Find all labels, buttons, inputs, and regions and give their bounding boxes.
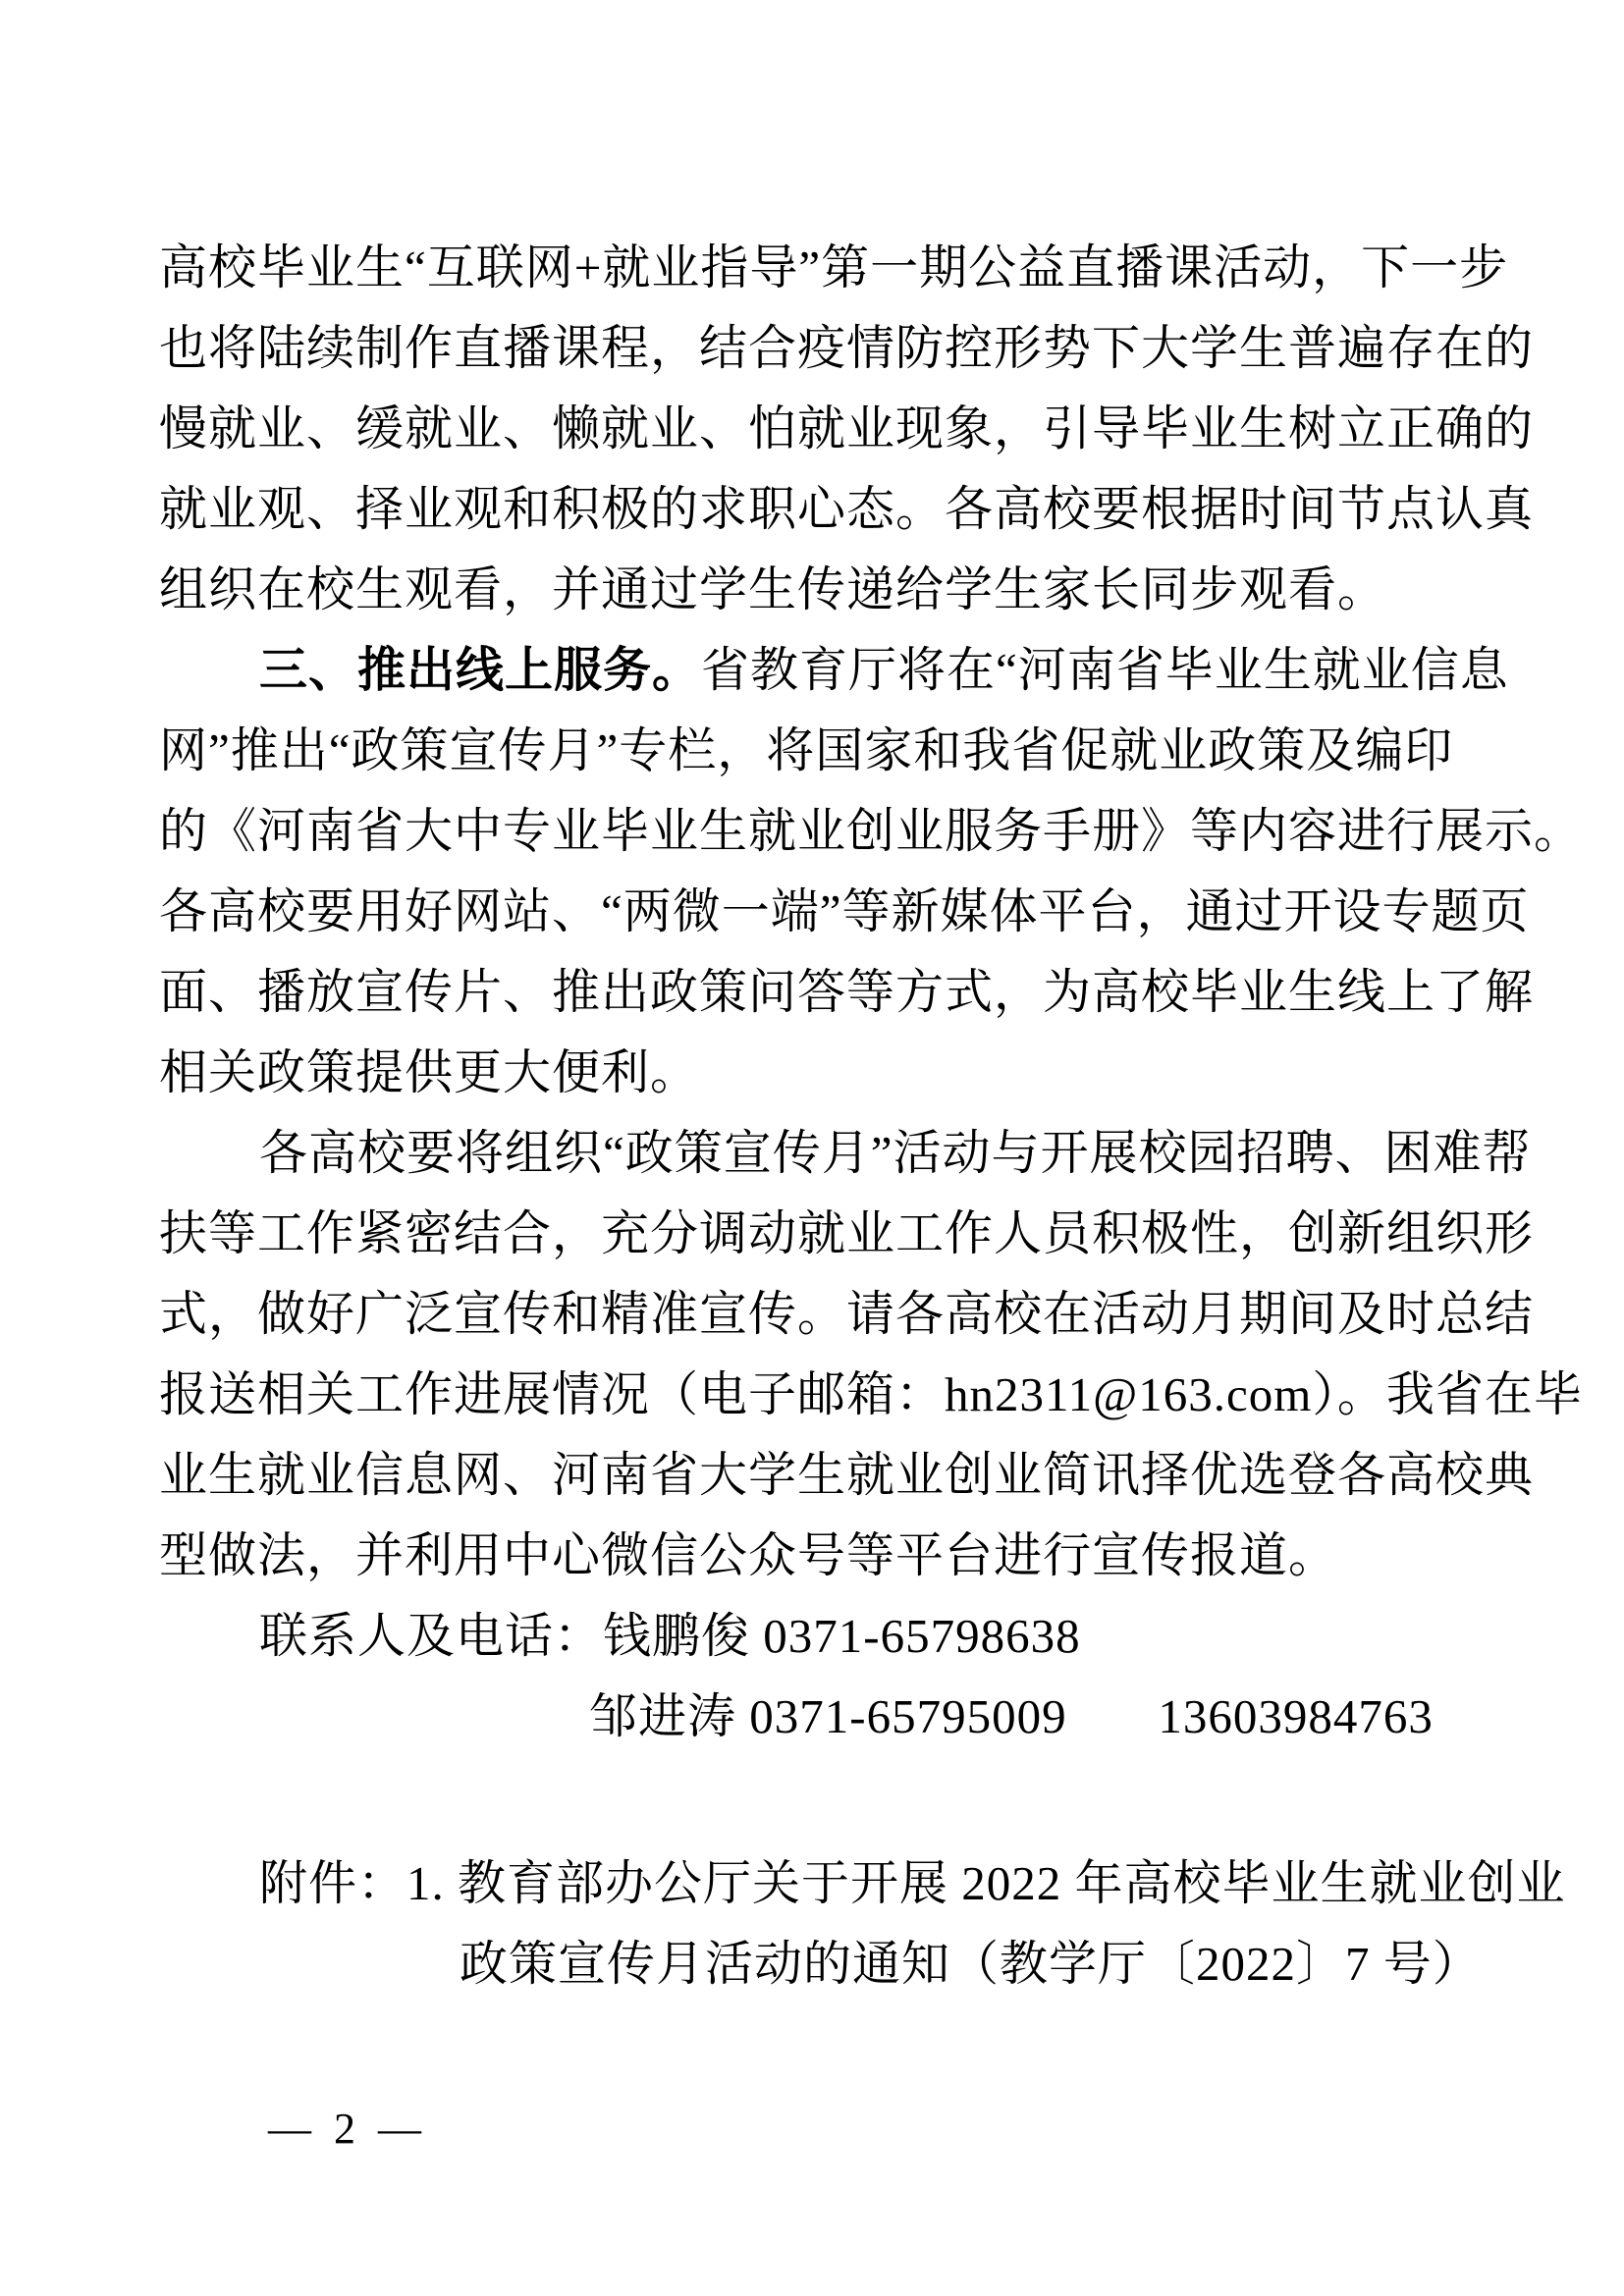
text-line: 业生就业信息网、河南省大学生就业创业简讯择优选登各高校典: [159, 1435, 1465, 1516]
section-heading: 三、推出线上服务。: [259, 644, 701, 697]
document-body: 高校毕业生“互联网+就业指导”第一期公益直播课活动，下一步也将陆续制作直播课程，…: [159, 228, 1465, 2004]
text-line: 各高校要用好网站、“两微一端”等新媒体平台，通过开设专题页: [159, 872, 1465, 952]
text-line: 扶等工作紧密结合，充分调动就业工作人员积极性，创新组织形: [159, 1194, 1465, 1274]
line-text: 网”推出“政策宣传月”专栏，将国家和我省促就业政策及编印: [159, 723, 1453, 777]
line-text: 型做法，并利用中心微信公众号等平台进行宣传报道。: [159, 1528, 1337, 1582]
text-line: 三、推出线上服务。省教育厅将在“河南省毕业生就业信息: [159, 630, 1465, 711]
line-text: 政策宣传月活动的通知（教学厅〔2022〕7 号）: [460, 1937, 1482, 1991]
text-line: 网”推出“政策宣传月”专栏，将国家和我省促就业政策及编印: [159, 711, 1465, 791]
line-text: 相关政策提供更大便利。: [159, 1045, 699, 1099]
line-text: 业生就业信息网、河南省大学生就业创业简讯择优选登各高校典: [159, 1448, 1534, 1502]
line-text: 慢就业、缓就业、懒就业、怕就业现象，引导毕业生树立正确的: [159, 401, 1534, 455]
text-line: 面、播放宣传片、推出政策问答等方式，为高校毕业生线上了解: [159, 952, 1465, 1033]
document-page: 高校毕业生“互联网+就业指导”第一期公益直播课活动，下一步也将陆续制作直播课程，…: [0, 0, 1624, 2296]
line-text: 各高校要将组织“政策宣传月”活动与开展校园招聘、困难帮: [259, 1126, 1532, 1180]
line-text: 面、播放宣传片、推出政策问答等方式，为高校毕业生线上了解: [159, 965, 1534, 1019]
text-line: 各高校要将组织“政策宣传月”活动与开展校园招聘、困难帮: [159, 1113, 1465, 1194]
text-line: 也将陆续制作直播课程，结合疫情防控形势下大学生普遍存在的: [159, 308, 1465, 389]
line-text: 附件：1. 教育部办公厅关于开展 2022 年高校毕业生就业创业: [259, 1856, 1566, 1910]
line-text: 的《河南省大中专业毕业生就业创业服务手册》等内容进行展示。: [159, 804, 1583, 858]
line-text: 组织在校生观看，并通过学生传递给学生家长同步观看。: [159, 562, 1386, 616]
line-text: 式，做好广泛宣传和精准宣传。请各高校在活动月期间及时总结: [159, 1287, 1534, 1341]
line-text: 就业观、择业观和积极的求职心态。各高校要根据时间节点认真: [159, 482, 1534, 536]
line-text: 扶等工作紧密结合，充分调动就业工作人员积极性，创新组织形: [159, 1206, 1534, 1260]
text-line: 高校毕业生“互联网+就业指导”第一期公益直播课活动，下一步: [159, 228, 1465, 308]
line-text: 邹进涛 0371-65795009 13603984763: [589, 1689, 1434, 1743]
text-line: 联系人及电话：钱鹏俊 0371-65798638: [159, 1596, 1465, 1677]
text-line: 邹进涛 0371-65795009 13603984763: [159, 1677, 1465, 1757]
line-text: 各高校要用好网站、“两微一端”等新媒体平台，通过开设专题页: [159, 884, 1530, 938]
text-line: 组织在校生观看，并通过学生传递给学生家长同步观看。: [159, 550, 1465, 630]
line-text: 高校毕业生“互联网+就业指导”第一期公益直播课活动，下一步: [159, 240, 1508, 294]
text-line: 式，做好广泛宣传和精准宣传。请各高校在活动月期间及时总结: [159, 1274, 1465, 1355]
line-text: 报送相关工作进展情况（电子邮箱：hn2311@163.com）。我省在毕: [159, 1367, 1583, 1421]
text-line: 政策宣传月活动的通知（教学厅〔2022〕7 号）: [159, 1924, 1465, 2004]
page-number: — 2 —: [201, 2008, 427, 2089]
text-line: 就业观、择业观和积极的求职心态。各高校要根据时间节点认真: [159, 469, 1465, 550]
text-line: 的《河南省大中专业毕业生就业创业服务手册》等内容进行展示。: [159, 791, 1465, 872]
page-number-text: — 2 —: [268, 2105, 427, 2153]
text-line: 型做法，并利用中心微信公众号等平台进行宣传报道。: [159, 1516, 1465, 1596]
text-line: 慢就业、缓就业、懒就业、怕就业现象，引导毕业生树立正确的: [159, 389, 1465, 469]
text-line: 相关政策提供更大便利。: [159, 1033, 1465, 1113]
text-line: 附件：1. 教育部办公厅关于开展 2022 年高校毕业生就业创业: [159, 1843, 1465, 1924]
text-line: 报送相关工作进展情况（电子邮箱：hn2311@163.com）。我省在毕: [159, 1355, 1465, 1435]
line-text: 联系人及电话：钱鹏俊 0371-65798638: [259, 1609, 1081, 1663]
line-text: 也将陆续制作直播课程，结合疫情防控形势下大学生普遍存在的: [159, 321, 1534, 375]
line-text: 省教育厅将在“河南省毕业生就业信息: [701, 643, 1509, 697]
